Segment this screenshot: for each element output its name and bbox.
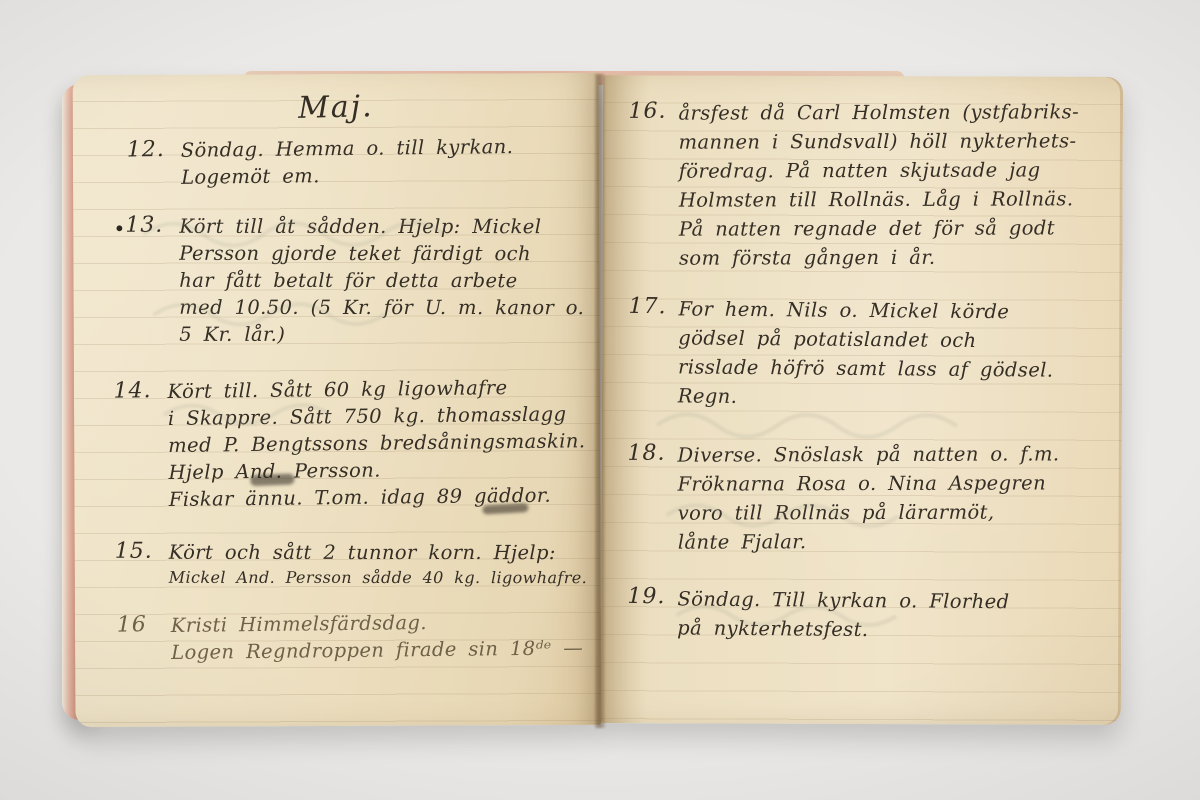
entry-day-number: 12. (127, 137, 181, 163)
handwritten-line: på nykterhetsfest. (677, 613, 1107, 646)
handwritten-line: mannen i Sundsvall) höll nykterhets- (679, 126, 1109, 157)
diary-entry-may-18: 18. Diverse. Snöslask på natten o. f.m. … (627, 439, 1107, 557)
entry-bullet-dot: • (114, 213, 126, 241)
diary-entry-may-16-continued: 16. årsfest då Carl Holmsten (ystfabriks… (628, 97, 1109, 273)
diary-book: Maj. 12. Söndag. Hemma o. till kyrkan. L… (64, 74, 1128, 730)
entry-text: Diverse. Snöslask på natten o. f.m. Frök… (677, 439, 1107, 557)
entry-day-number: 13. (125, 213, 179, 238)
entry-day-number: 15. (115, 539, 169, 564)
entry-text: Söndag. Till kyrkan o. Florhed på nykter… (677, 584, 1107, 646)
handwritten-line: Holmsten till Rollnäs. Låg i Rollnäs. (679, 184, 1109, 215)
entry-day-number: 19. (627, 584, 677, 609)
diary-entry-may-15: 15. Kört och sått 2 tunnor korn. Hjelp: … (115, 539, 583, 590)
month-heading: Maj. (72, 68, 599, 130)
entry-text: Söndag. Hemma o. till kyrkan. Logemöt em… (181, 132, 582, 191)
handwritten-line: föredrag. På natten skjutsade jag (679, 155, 1109, 186)
diary-page-right: 16. årsfest då Carl Holmsten (ystfabriks… (601, 75, 1123, 725)
left-page-entries: 12. Söndag. Hemma o. till kyrkan. Logemö… (73, 124, 601, 665)
diary-entry-may-14: 14. Kört till. Sått 60 kg ligowhafre i S… (113, 373, 583, 513)
handwritten-line: med P. Bengtssons bredsåningsmaskin. (168, 427, 585, 459)
handwritten-line: For hem. Nils o. Mickel körde (678, 294, 1108, 327)
handwritten-line: Fiskar ännu. T.om. idag 89 gäddor. (169, 481, 586, 513)
handwritten-line: Söndag. Till kyrkan o. Florhed (677, 584, 1107, 617)
diary-entry-may-16-start: 16 Kristi Himmelsfärdsdag. Logen Regndro… (115, 607, 584, 666)
handwritten-line: 5 Kr. lår.) (179, 321, 584, 348)
entry-day-number: 18. (627, 441, 677, 466)
handwritten-line: Fröknarna Rosa o. Nina Aspegren (678, 468, 1108, 499)
entry-text: Kristi Himmelsfärdsdag. Logen Regndroppe… (171, 607, 584, 666)
handwritten-line: Kört och sått 2 tunnor korn. Hjelp: (169, 539, 587, 566)
entry-text: Kört till åt sådden. Hjelp: Mickel Perss… (179, 213, 584, 348)
diary-page-left: Maj. 12. Söndag. Hemma o. till kyrkan. L… (73, 73, 602, 727)
book-spine-gutter (595, 74, 605, 728)
handwritten-line: Logemöt em. (181, 159, 581, 191)
diary-entry-may-19: 19. Söndag. Till kyrkan o. Florhed på ny… (627, 584, 1107, 646)
handwritten-line: voro till Rollnäs på lärarmöt, (678, 497, 1108, 528)
right-page-entries: 16. årsfest då Carl Holmsten (ystfabriks… (601, 75, 1123, 645)
entry-day-number: 16. (628, 99, 678, 124)
diary-entry-may-13: • 13. Kört till åt sådden. Hjelp: Mickel… (113, 213, 581, 348)
handwritten-line: Persson gjorde teket färdigt och (179, 240, 584, 267)
entry-text: Kört till. Sått 60 kg ligowhafre i Skapp… (167, 373, 586, 513)
handwritten-line: med 10.50. (5 Kr. för U. m. kanor o. (179, 294, 584, 321)
entry-day-number: 17. (628, 294, 678, 319)
entry-day-number: 16 (117, 612, 171, 638)
diary-entry-may-17: 17. For hem. Nils o. Mickel körde gödsel… (628, 294, 1109, 414)
handwritten-line: Mickel And. Persson sådde 40 kg. ligowha… (169, 566, 587, 590)
handwritten-line: På natten regnade det för så godt (679, 213, 1109, 244)
handwritten-line: har fått betalt för detta arbete (179, 267, 584, 294)
entry-text: årsfest då Carl Holmsten (ystfabriks- ma… (678, 97, 1109, 272)
handwritten-line: risslade höfrö samt lass af gödsel. (678, 352, 1108, 385)
diary-entry-may-12: 12. Söndag. Hemma o. till kyrkan. Logemö… (113, 132, 582, 191)
handwritten-line: som första gången i år. (679, 242, 1109, 273)
handwritten-line: Diverse. Snöslask på natten o. f.m. (677, 439, 1107, 470)
handwritten-line: Logen Regndroppen firade sin 18ᵈᵉ — (171, 634, 583, 666)
handwritten-line: årsfest då Carl Holmsten (ystfabriks- (678, 97, 1108, 128)
entry-day-number: 14. (113, 378, 167, 404)
handwritten-line: Kört till åt sådden. Hjelp: Mickel (179, 213, 584, 240)
handwritten-line: Regn. (678, 381, 1108, 414)
entry-marker (113, 137, 127, 141)
entry-text: Kört och sått 2 tunnor korn. Hjelp: Mick… (169, 539, 587, 590)
handwritten-line: gödsel på potatislandet och (678, 323, 1108, 356)
handwritten-line: lånte Fjalar. (678, 526, 1108, 557)
entry-text: For hem. Nils o. Mickel körde gödsel på … (678, 294, 1109, 414)
